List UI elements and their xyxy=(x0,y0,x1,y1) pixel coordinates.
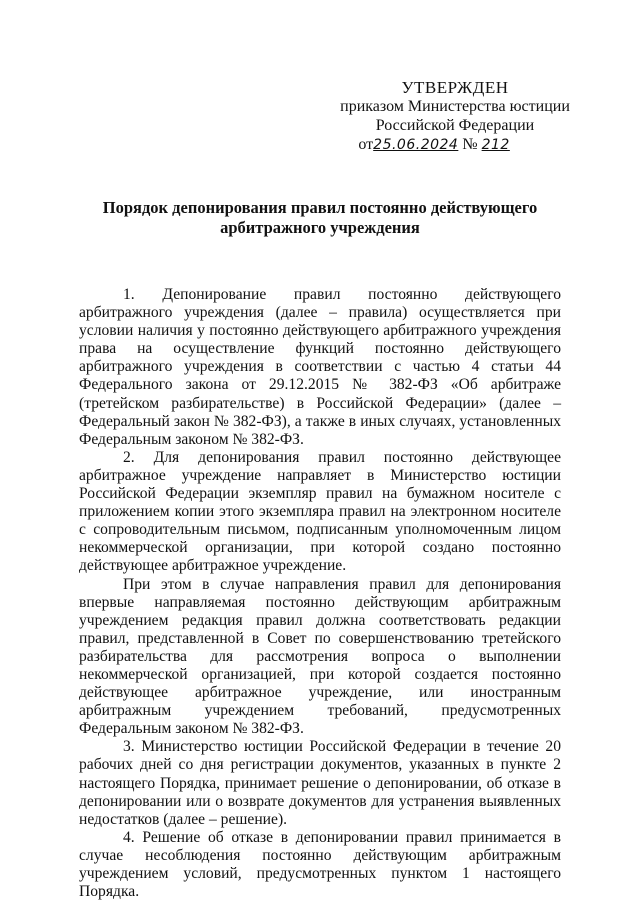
document-title-line-2: арбитражного учреждения xyxy=(60,218,580,238)
paragraph-2: 2. Для депонирования правил постоянно де… xyxy=(79,449,561,576)
approval-title: УТВЕРЖДЕН xyxy=(330,78,580,97)
approval-ministry-line: Российской Федерации xyxy=(330,116,580,135)
document-title: Порядок депонирования правил постоянно д… xyxy=(60,198,580,238)
handwritten-number: 212 xyxy=(482,136,552,155)
handwritten-date: 25.06.2024 xyxy=(373,137,458,153)
document-title-line-1: Порядок депонирования правил постоянно д… xyxy=(60,198,580,218)
paragraph-2-continuation: При этом в случае направления правил для… xyxy=(79,576,561,739)
paragraph-4: 4. Решение об отказе в депонировании пра… xyxy=(79,829,561,901)
number-prefix: № xyxy=(462,136,477,153)
paragraph-1: 1. Депонирование правил постоянно действ… xyxy=(79,286,561,449)
approval-order-line: приказом Министерства юстиции xyxy=(330,97,580,116)
approval-date-number: от25.06.2024 № 212 xyxy=(358,135,551,155)
document-body: 1. Депонирование правил постоянно действ… xyxy=(79,286,561,901)
approval-stamp: УТВЕРЖДЕН приказом Министерства юстиции … xyxy=(330,78,580,155)
date-prefix: от xyxy=(358,136,373,153)
paragraph-3: 3. Министерство юстиции Российской Федер… xyxy=(79,738,561,828)
